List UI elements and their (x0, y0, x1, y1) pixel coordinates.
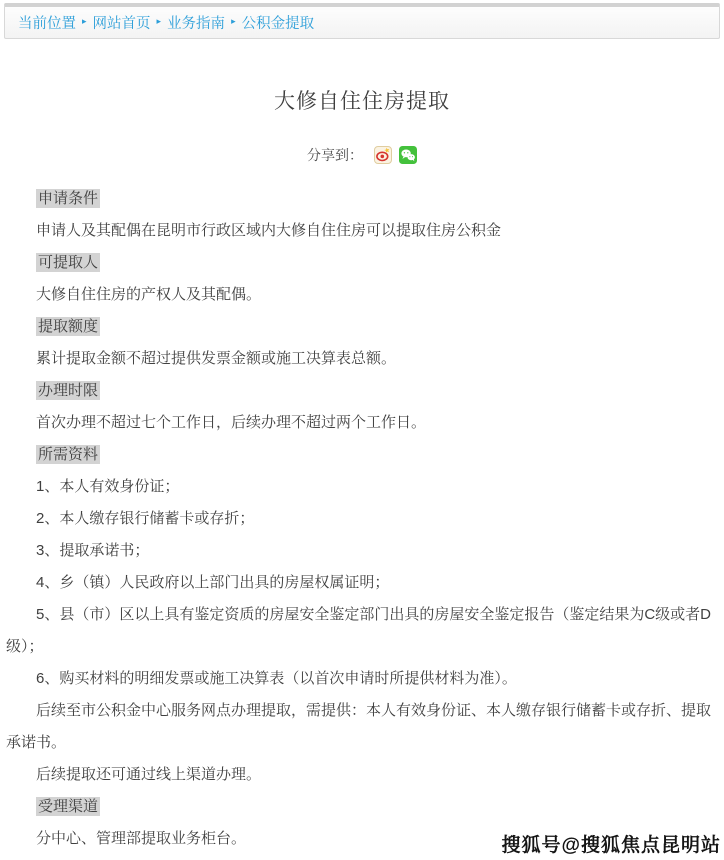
breadcrumb-items: ▸网站首页▸业务指南▸公积金提取 (76, 12, 314, 33)
wechat-icon-graphic (399, 146, 417, 164)
section-heading-text: 办理时限 (36, 381, 100, 400)
paragraph: 首次办理不超过七个工作日，后续办理不超过两个工作日。 (6, 407, 718, 439)
breadcrumb-separator-icon: ▸ (82, 16, 87, 27)
section-heading: 申请条件 (6, 183, 718, 215)
paragraph: 累计提取金额不超过提供发票金额或施工决算表总额。 (6, 343, 718, 375)
section-heading: 受理渠道 (6, 791, 718, 823)
breadcrumb-separator-icon: ▸ (231, 16, 236, 27)
breadcrumb-link[interactable]: 公积金提取 (242, 12, 315, 33)
share-label: 分享到： (307, 145, 363, 165)
section-heading-text: 所需资料 (36, 445, 100, 464)
paragraph: 分中心、管理部提取业务柜台。 (6, 823, 718, 855)
section-heading: 办理时限 (6, 375, 718, 407)
breadcrumb-link[interactable]: 业务指南 (167, 12, 225, 33)
breadcrumb-separator-icon: ▸ (157, 16, 162, 27)
breadcrumb: 当前位置 ▸网站首页▸业务指南▸公积金提取 (4, 3, 720, 39)
paragraph: 5、县（市）区以上具有鉴定资质的房屋安全鉴定部门出具的房屋安全鉴定报告（鉴定结果… (6, 599, 718, 663)
paragraph: 后续提取还可通过线上渠道办理。 (6, 759, 718, 791)
section-heading-text: 可提取人 (36, 253, 100, 272)
section-heading-text: 提取额度 (36, 317, 100, 336)
page-title: 大修自住住房提取 (0, 88, 724, 116)
paragraph: 申请人及其配偶在昆明市行政区域内大修自住住房可以提取住房公积金 (6, 215, 718, 247)
paragraph: 2、本人缴存银行储蓄卡或存折； (6, 503, 718, 535)
section-heading: 提取额度 (6, 311, 718, 343)
paragraph: 后续至市公积金中心服务网点办理提取，需提供：本人有效身份证、本人缴存银行储蓄卡或… (6, 695, 718, 759)
section-heading-text: 申请条件 (36, 189, 100, 208)
wechat-icon[interactable] (399, 146, 417, 164)
paragraph: 1、本人有效身份证； (6, 471, 718, 503)
weibo-icon[interactable] (374, 146, 392, 164)
paragraph: 6、购买材料的明细发票或施工决算表（以首次申请时所提供材料为准）。 (6, 663, 718, 695)
weibo-icon-graphic (374, 146, 392, 164)
section-heading: 所需资料 (6, 439, 718, 471)
paragraph: 3、提取承诺书； (6, 535, 718, 567)
breadcrumb-link[interactable]: 网站首页 (93, 12, 151, 33)
article-body: 申请条件申请人及其配偶在昆明市行政区域内大修自住住房可以提取住房公积金可提取人大… (6, 183, 718, 855)
share-row: 分享到： (0, 146, 724, 164)
paragraph: 大修自住住房的产权人及其配偶。 (6, 279, 718, 311)
section-heading-text: 受理渠道 (36, 797, 100, 816)
section-heading: 可提取人 (6, 247, 718, 279)
breadcrumb-label: 当前位置 (18, 12, 76, 33)
paragraph: 4、乡（镇）人民政府以上部门出具的房屋权属证明； (6, 567, 718, 599)
